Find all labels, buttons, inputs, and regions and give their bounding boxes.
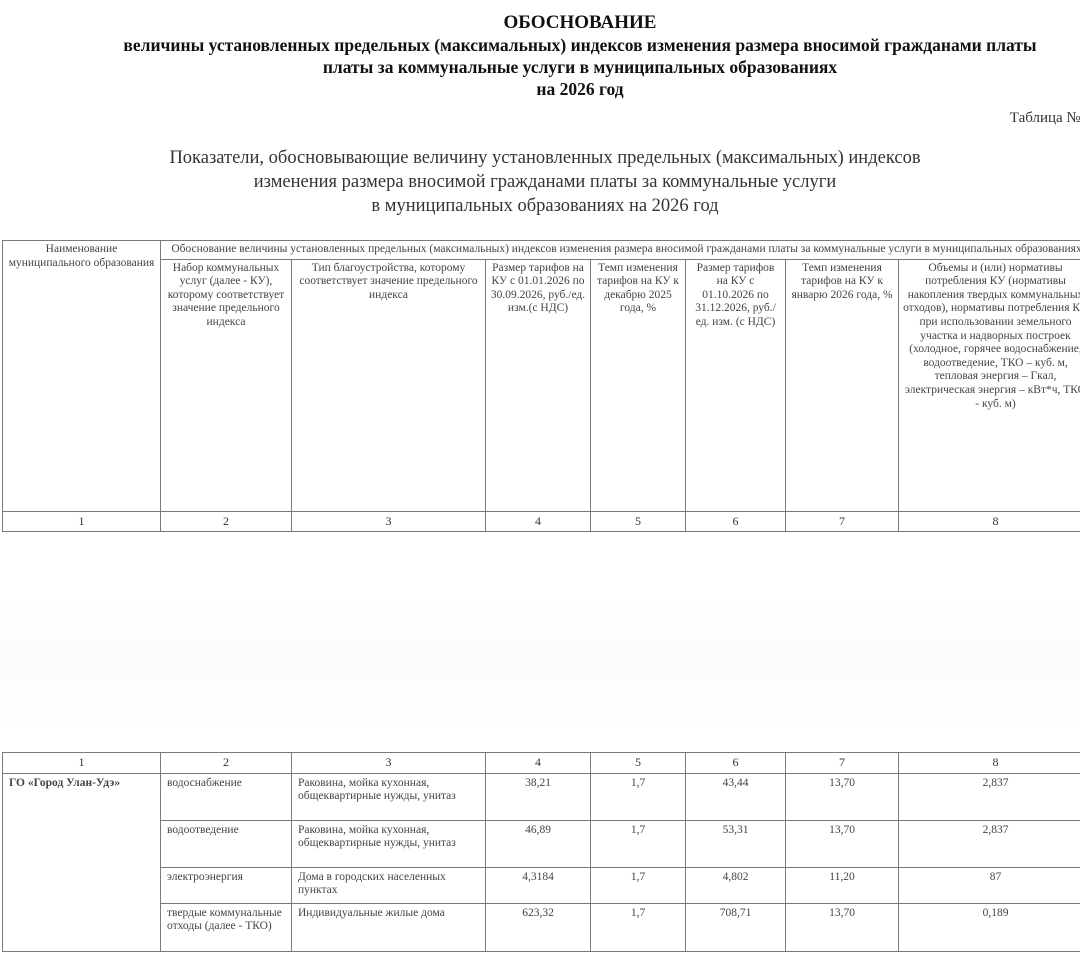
tariff-jan-sep: 623,32 <box>486 903 591 951</box>
improvement-type: Индивидуальные жилые дома <box>292 903 486 951</box>
tariff-oct-dec: 708,71 <box>686 903 786 951</box>
tariff-jan-sep: 46,89 <box>486 820 591 867</box>
table-row: твердые коммунальные отходы (далее - ТКО… <box>3 903 1080 951</box>
col-number: 8 <box>899 511 1080 532</box>
rate-jan-2026: 11,20 <box>786 867 899 903</box>
tariff-jan-sep: 38,21 <box>486 773 591 820</box>
header-tariff-jan-sep: Размер тарифов на КУ с 01.01.2026 по 30.… <box>486 259 591 511</box>
title-line-3: платы за коммунальные услуги в муниципал… <box>0 56 1080 78</box>
col-number: 1 <box>3 511 161 532</box>
title-line-4: на 2026 год <box>0 78 1080 100</box>
header-volumes: Объемы и (или) нормативы потребления КУ … <box>899 259 1080 511</box>
table-row: электроэнергия Дома в городских населенн… <box>3 867 1080 903</box>
header-tariff-oct-dec: Размер тарифов на КУ с 01.10.2026 по 31.… <box>686 259 786 511</box>
header-rate-dec-2025: Темп изменения тарифов на КУ к декабрю 2… <box>591 259 686 511</box>
improvement-type: Раковина, мойка кухонная, общеквартирные… <box>292 820 486 867</box>
rate-jan-2026: 13,70 <box>786 773 899 820</box>
subtitle-line-1: Показатели, обосновывающие величину уста… <box>0 146 1080 170</box>
col-number: 2 <box>161 511 292 532</box>
column-numbers-row: 1 2 3 4 5 6 7 8 <box>3 753 1080 774</box>
tariff-jan-sep: 4,3184 <box>486 867 591 903</box>
col-number: 7 <box>786 511 899 532</box>
col-number: 2 <box>161 753 292 774</box>
header-service-set: Набор коммунальных услуг (далее - КУ), к… <box>161 259 292 511</box>
tariff-oct-dec: 53,31 <box>686 820 786 867</box>
header-table: Наименование муниципального образования … <box>2 240 1080 532</box>
improvement-type: Раковина, мойка кухонная, общеквартирные… <box>292 773 486 820</box>
improvement-type: Дома в городских населенных пунктах <box>292 867 486 903</box>
title-line-1: ОБОСНОВАНИЕ <box>0 12 1080 34</box>
header-improvement-type: Тип благоустройства, которому соответств… <box>292 259 486 511</box>
service: водоотведение <box>161 820 292 867</box>
header-municipality: Наименование муниципального образования <box>3 241 161 512</box>
service: электроэнергия <box>161 867 292 903</box>
volume: 2,837 <box>899 820 1080 867</box>
rate-dec-2025: 1,7 <box>591 773 686 820</box>
col-number: 4 <box>486 753 591 774</box>
rate-jan-2026: 13,70 <box>786 820 899 867</box>
col-number: 7 <box>786 753 899 774</box>
rate-dec-2025: 1,7 <box>591 867 686 903</box>
subtitle-line-3: в муниципальных образованиях на 2026 год <box>0 194 1080 218</box>
table-row: ГО «Город Улан-Удэ» водоснабжение Ракови… <box>3 773 1080 820</box>
subtitle-line-2: изменения размера вносимой гражданами пл… <box>0 170 1080 194</box>
table-number: Таблица № 1 <box>1010 110 1080 127</box>
header-group: Обоснование величины установленных преде… <box>161 241 1080 260</box>
document-title: ОБОСНОВАНИЕ величины установленных преде… <box>0 12 1080 100</box>
data-table: 1 2 3 4 5 6 7 8 ГО «Город Улан-Удэ» водо… <box>2 752 1080 952</box>
table-subtitle: Показатели, обосновывающие величину уста… <box>0 146 1080 218</box>
tariff-oct-dec: 4,802 <box>686 867 786 903</box>
column-numbers-row: 1 2 3 4 5 6 7 8 <box>3 511 1080 532</box>
volume: 0,189 <box>899 903 1080 951</box>
col-number: 5 <box>591 511 686 532</box>
col-number: 4 <box>486 511 591 532</box>
col-number: 5 <box>591 753 686 774</box>
rate-dec-2025: 1,7 <box>591 903 686 951</box>
col-number: 6 <box>686 753 786 774</box>
service: водоснабжение <box>161 773 292 820</box>
col-number: 6 <box>686 511 786 532</box>
col-number: 3 <box>292 511 486 532</box>
col-number: 8 <box>899 753 1080 774</box>
col-number: 1 <box>3 753 161 774</box>
header-rate-jan-2026: Темп изменения тарифов на КУ к январю 20… <box>786 259 899 511</box>
table-row: водоотведение Раковина, мойка кухонная, … <box>3 820 1080 867</box>
volume: 2,837 <box>899 773 1080 820</box>
rate-jan-2026: 13,70 <box>786 903 899 951</box>
title-line-2: величины установленных предельных (макси… <box>0 34 1080 56</box>
rate-dec-2025: 1,7 <box>591 820 686 867</box>
volume: 87 <box>899 867 1080 903</box>
service: твердые коммунальные отходы (далее - ТКО… <box>161 903 292 951</box>
tariff-oct-dec: 43,44 <box>686 773 786 820</box>
municipality-name: ГО «Город Улан-Удэ» <box>3 773 161 951</box>
blank-gap <box>0 600 1080 730</box>
col-number: 3 <box>292 753 486 774</box>
